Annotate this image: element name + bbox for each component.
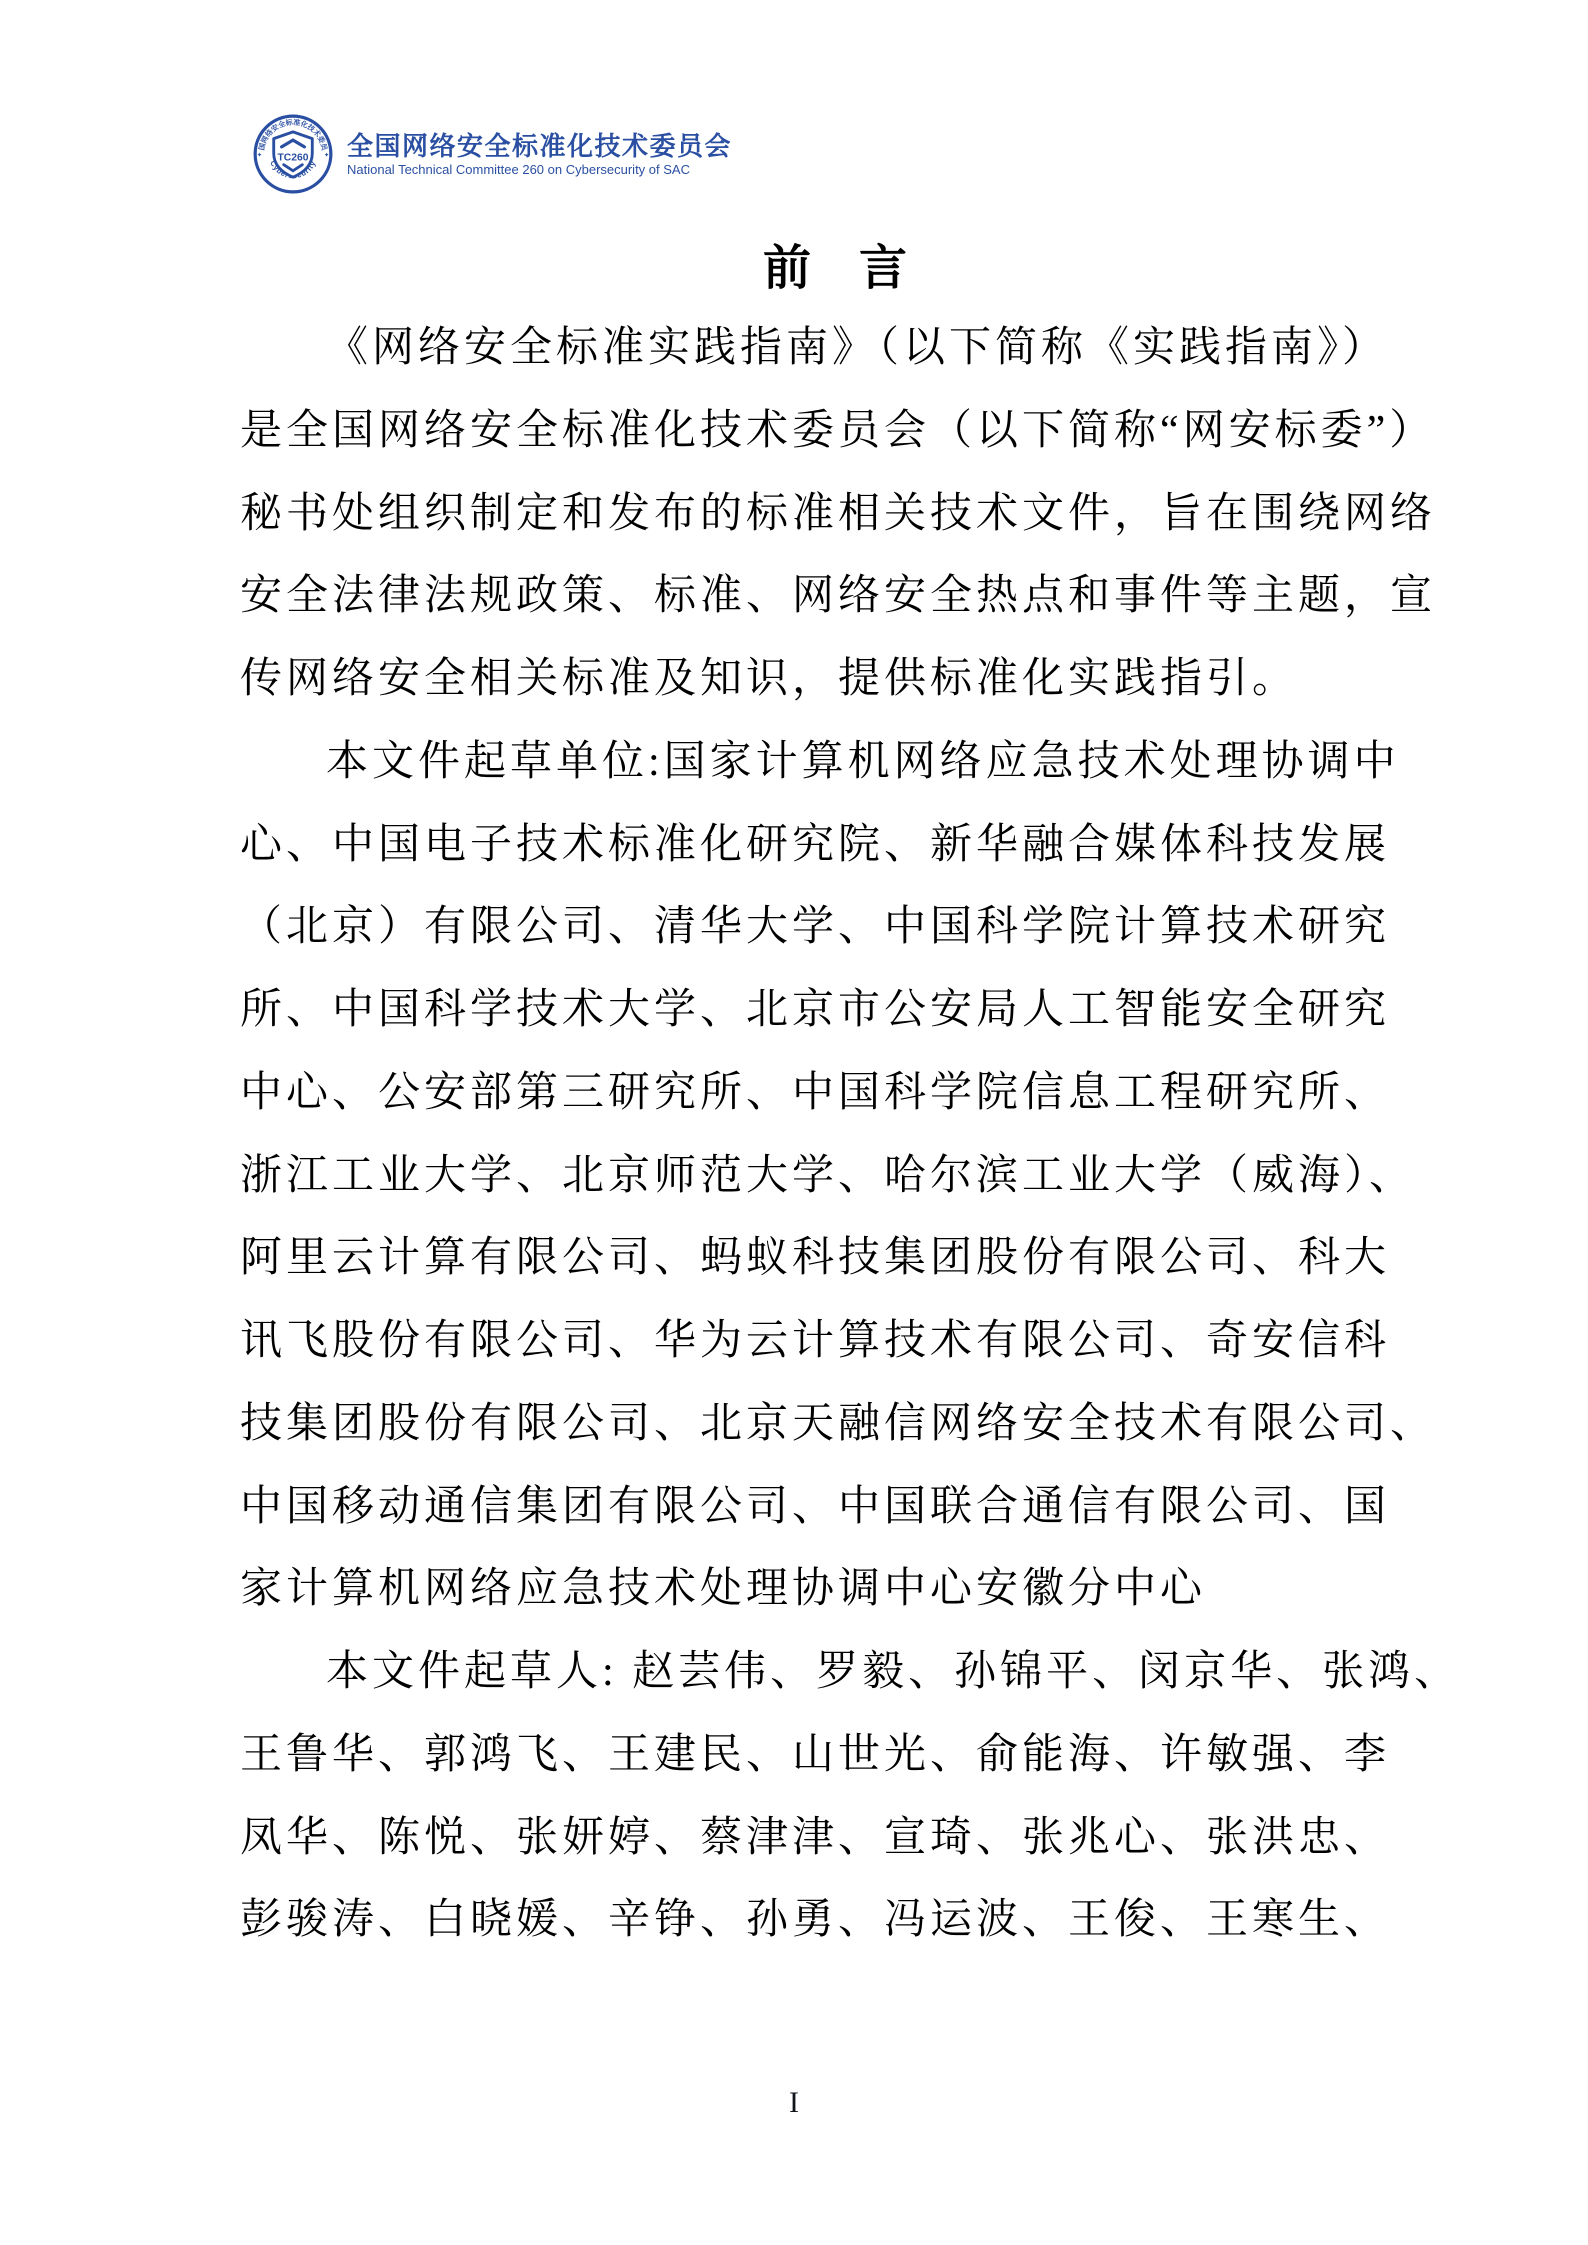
body-line: 秘书处组织制定和发布的标准相关技术文件，旨在围绕网络 — [240, 473, 1430, 556]
committee-logo: 全国网络安全标准化技术委员会 Cybersecurity ✦ ✦ TC260 全… — [253, 114, 732, 194]
body-line: 家计算机网络应急技术处理协调中心安徽分中心 — [240, 1548, 1430, 1631]
body-line: 彭骏涛、白晓媛、辛铮、孙勇、冯运波、王俊、王寒生、 — [240, 1879, 1430, 1962]
document-page: 全国网络安全标准化技术委员会 Cybersecurity ✦ ✦ TC260 全… — [0, 0, 1588, 2245]
seal-star-right-icon: ✦ — [324, 152, 329, 159]
body-line: 讯飞股份有限公司、华为云计算技术有限公司、奇安信科 — [240, 1300, 1430, 1383]
body-line: 安全法律法规政策、标准、网络安全热点和事件等主题，宣 — [240, 555, 1430, 638]
tc260-seal-icon: 全国网络安全标准化技术委员会 Cybersecurity ✦ ✦ TC260 — [253, 114, 333, 194]
body-line: 是全国网络安全标准化技术委员会（以下简称“网安标委”） — [240, 390, 1430, 473]
body-line: 《网络安全标准实践指南》（以下简称《实践指南》） — [240, 307, 1430, 390]
seal-badge-text: TC260 — [277, 152, 308, 163]
body-line: 技集团股份有限公司、北京天融信网络安全技术有限公司、 — [240, 1383, 1430, 1466]
org-names: 全国网络安全标准化技术委员会 National Technical Commit… — [347, 130, 732, 178]
body-line: 传网络安全相关标准及知识，提供标准化实践指引。 — [240, 638, 1430, 721]
body-line: 凤华、陈悦、张妍婷、蔡津津、宣琦、张兆心、张洪忠、 — [240, 1797, 1430, 1880]
body-line: 本文件起草人: 赵芸伟、罗毅、孙锦平、闵京华、张鸿、 — [240, 1631, 1430, 1714]
page-number: I — [0, 2083, 1588, 2123]
page-title: 前 言 — [240, 238, 1430, 300]
body-line: 阿里云计算有限公司、蚂蚁科技集团股份有限公司、科大 — [240, 1217, 1430, 1300]
body-line: 中国移动通信集团有限公司、中国联合通信有限公司、国 — [240, 1466, 1430, 1549]
body-line: 所、中国科学技术大学、北京市公安局人工智能安全研究 — [240, 969, 1430, 1052]
org-name-en: National Technical Committee 260 on Cybe… — [347, 162, 732, 178]
body-line: 心、中国电子技术标准化研究院、新华融合媒体科技发展 — [240, 804, 1430, 887]
body-text: 《网络安全标准实践指南》（以下简称《实践指南》） 是全国网络安全标准化技术委员会… — [240, 307, 1430, 1962]
body-line: 中心、公安部第三研究所、中国科学院信息工程研究所、 — [240, 1052, 1430, 1135]
body-line: 浙江工业大学、北京师范大学、哈尔滨工业大学（威海）、 — [240, 1135, 1430, 1218]
body-line: （北京）有限公司、清华大学、中国科学院计算技术研究 — [240, 886, 1430, 969]
seal-star-left-icon: ✦ — [257, 152, 262, 159]
body-line: 王鲁华、郭鸿飞、王建民、山世光、俞能海、许敏强、李 — [240, 1714, 1430, 1797]
org-name-zh: 全国网络安全标准化技术委员会 — [347, 130, 732, 163]
body-line: 本文件起草单位:国家计算机网络应急技术处理协调中 — [240, 721, 1430, 804]
